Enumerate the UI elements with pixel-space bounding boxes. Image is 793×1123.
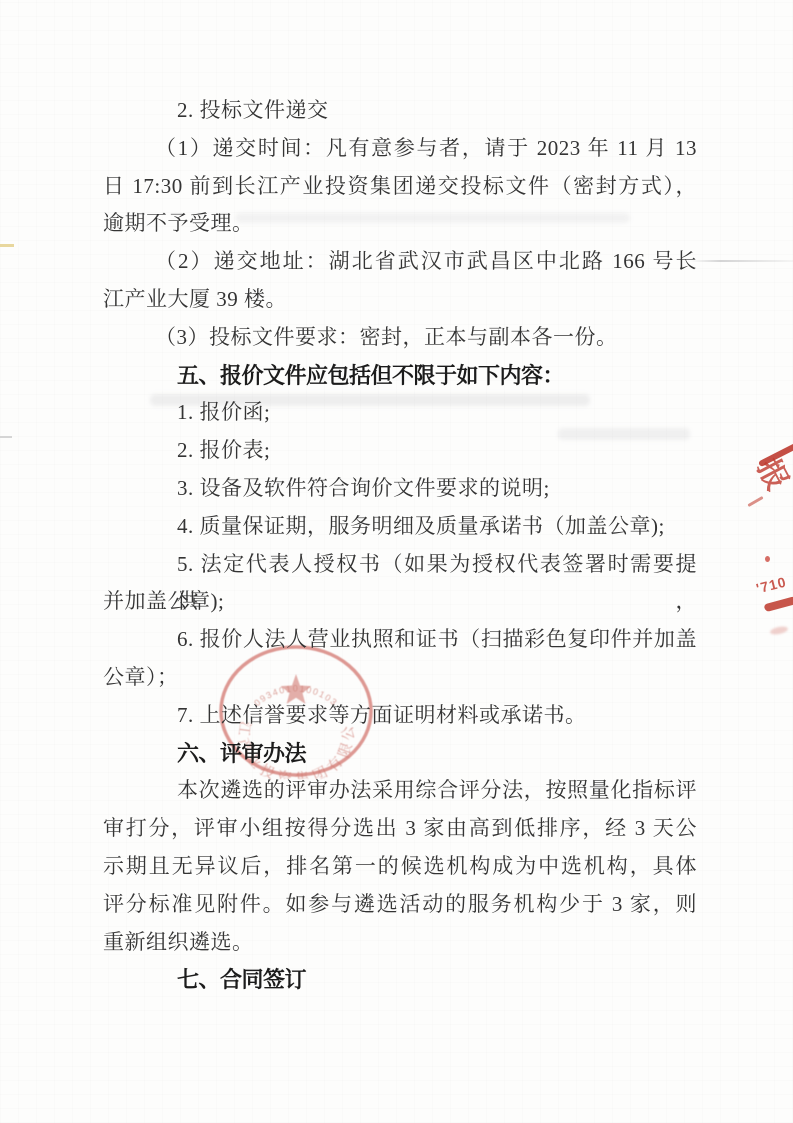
red-stroke bbox=[747, 496, 763, 507]
text-line: 本次遴选的评审办法采用综合评分法，按照量化指标评 bbox=[103, 772, 697, 810]
section-heading: 五、报价文件应包括但不限于如下内容： bbox=[103, 357, 697, 395]
text-line: 3. 设备及软件符合询价文件要求的说明; bbox=[103, 470, 697, 508]
text-line: 7. 上述信誉要求等方面证明材料或承诺书。 bbox=[103, 697, 697, 735]
document-body: 2. 投标文件递交（1）递交时间：凡有意参与者，请于 2023 年 11 月 1… bbox=[103, 92, 697, 999]
text-line: 2. 报价表; bbox=[103, 432, 697, 470]
text-line: 示期且无异议后，排名第一的候选机构成为中选机构，具体 bbox=[103, 848, 697, 886]
text-line: 逾期不予受理。 bbox=[103, 205, 697, 243]
section-heading: 六、评审办法 bbox=[103, 735, 697, 773]
text-line: （1）递交时间：凡有意参与者，请于 2023 年 11 月 13 bbox=[103, 130, 697, 168]
text-line: 5. 法定代表人授权书（如果为授权代表签署时需要提供， bbox=[103, 546, 697, 584]
text-line: 评分标准见附件。如参与遴选活动的服务机构少于 3 家，则 bbox=[103, 886, 697, 924]
scan-artifact-line bbox=[0, 436, 12, 438]
text-line: 日 17:30 前到长江产业投资集团递交投标文件（密封方式）， bbox=[103, 168, 697, 206]
scan-artifact-line bbox=[0, 244, 14, 247]
red-ink-smudge bbox=[769, 625, 788, 636]
text-line: 公章）； bbox=[103, 659, 697, 697]
red-stroke bbox=[764, 596, 793, 613]
handwritten-red-character: 报 bbox=[752, 455, 793, 496]
text-line: 审打分，评审小组按得分选出 3 家由高到低排序，经 3 天公 bbox=[103, 810, 697, 848]
text-line: 重新组织遴选。 bbox=[103, 924, 697, 962]
text-line: 4. 质量保证期，服务明细及质量承诺书（加盖公章); bbox=[103, 508, 697, 546]
red-serial-digits: '710 bbox=[755, 574, 789, 597]
text-line: 2. 投标文件递交 bbox=[103, 92, 697, 130]
faint-pencil-line bbox=[690, 260, 793, 262]
section-heading: 七、合同签订 bbox=[103, 961, 697, 999]
text-line: （3）投标文件要求：密封，正本与副本各一份。 bbox=[103, 319, 697, 357]
text-line: （2）递交地址：湖北省武汉市武昌区中北路 166 号长 bbox=[103, 243, 697, 281]
text-line: 6. 报价人法人营业执照和证书（扫描彩色复印件并加盖 bbox=[103, 621, 697, 659]
red-ink-dot bbox=[765, 556, 770, 562]
scanned-document-page: 长江产业投资集团有限公司 0934010100103 2. 投标文件递交（1）递… bbox=[0, 0, 793, 1123]
text-line: 江产业大厦 39 楼。 bbox=[103, 281, 697, 319]
text-line: 1. 报价函; bbox=[103, 394, 697, 432]
